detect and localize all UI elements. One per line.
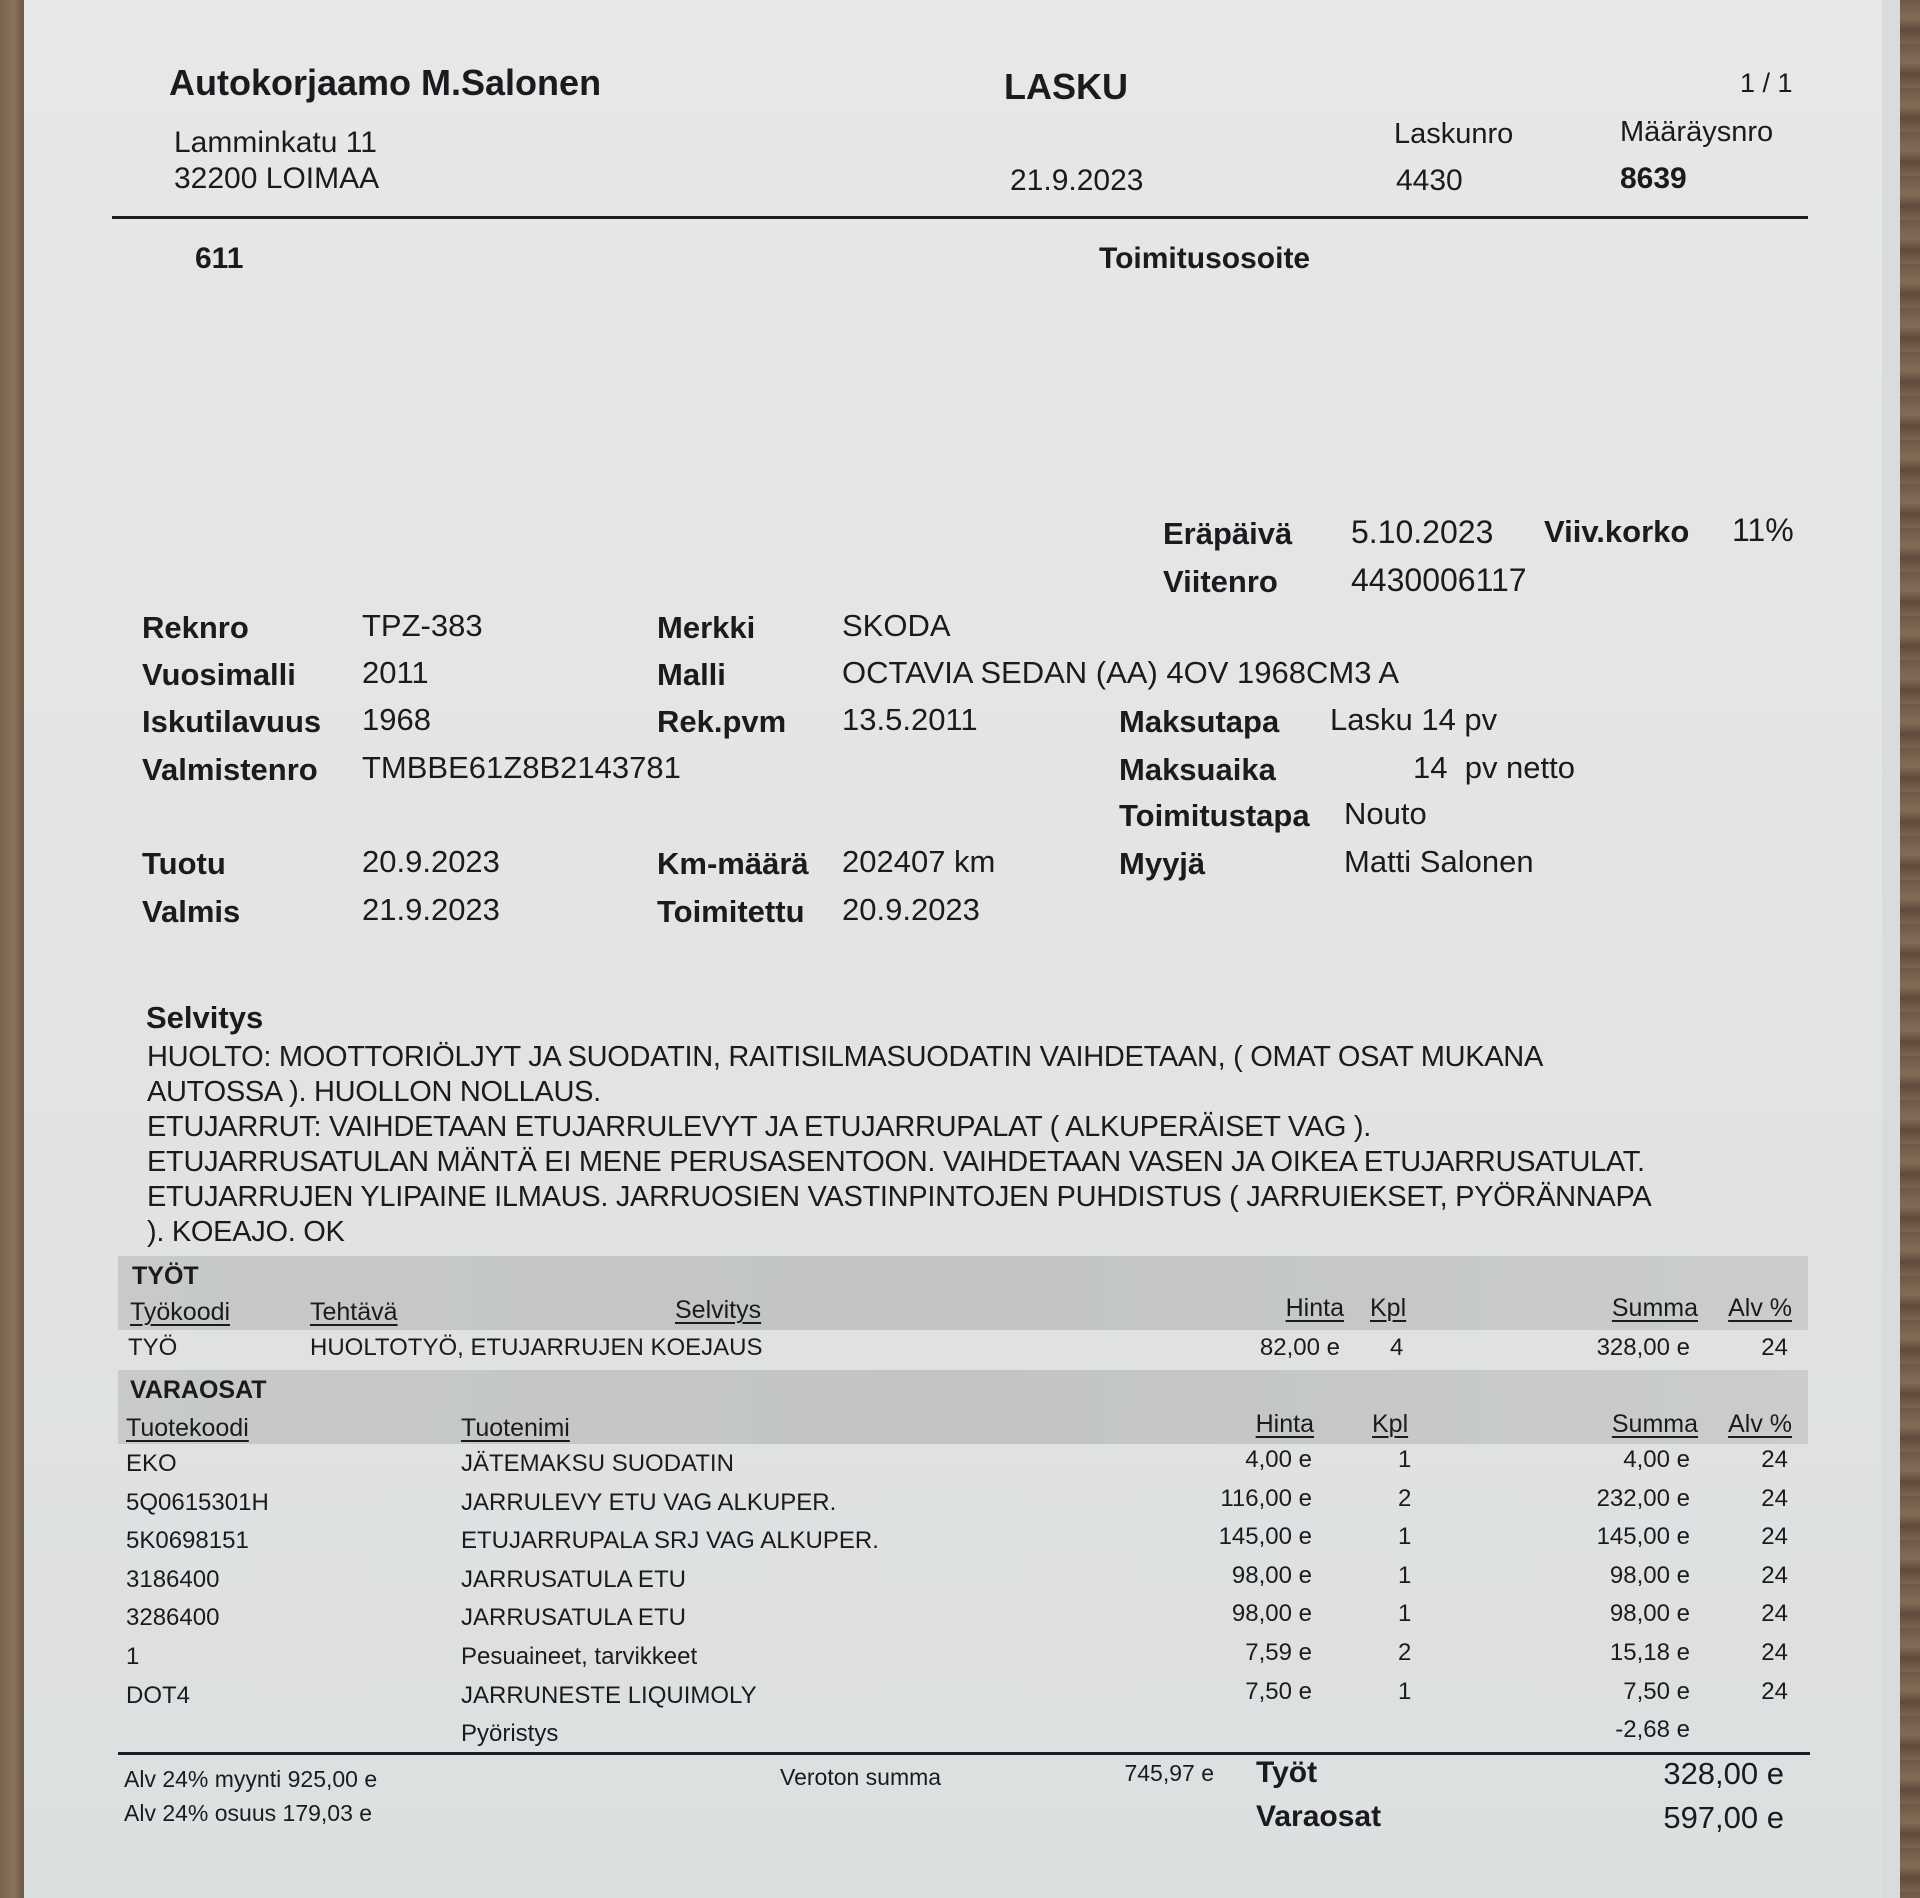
labour-title: TYÖT — [132, 1262, 199, 1291]
part-sum: 145,00 e — [1504, 1523, 1690, 1551]
payment-time: 14 pv netto — [1413, 750, 1575, 786]
ready-label: Valmis — [142, 894, 240, 930]
redacted-customer-name — [174, 278, 504, 318]
part-sum: 98,00 e — [1504, 1562, 1690, 1590]
part-vat: 24 — [1724, 1639, 1788, 1667]
description-line: ETUJARRUT: VAIHDETAAN ETUJARRULEVYT JA E… — [147, 1110, 1827, 1145]
description-line: ETUJARRUSATULAN MÄNTÄ EI MENE PERUSASENT… — [147, 1145, 1827, 1180]
delivered-label: Toimitettu — [657, 894, 805, 930]
part-vat: 24 — [1724, 1678, 1788, 1706]
part-sum: 98,00 e — [1504, 1600, 1690, 1628]
part-code: 5Q0615301H — [126, 1489, 269, 1517]
redacted-delivery-address — [1064, 290, 1434, 385]
labour-total: 328,00 e — [1584, 1756, 1784, 1792]
redacted-customer-phone — [174, 428, 524, 468]
reference-number: 4430006117 — [1351, 562, 1527, 599]
part-name: Pesuaineet, tarvikkeet — [461, 1643, 697, 1671]
order-no: 8639 — [1620, 162, 1687, 196]
part-sum: -2,68 e — [1504, 1716, 1690, 1744]
doc-title: LASKU — [1004, 66, 1128, 108]
customer-number: 611 — [195, 242, 243, 276]
reg-label: Reknro — [142, 610, 249, 646]
description-line: AUTOSSA ). HUOLLON NOLLAUS. — [147, 1075, 1827, 1110]
part-qty: 1 — [1398, 1678, 1411, 1706]
model-label: Malli — [657, 657, 726, 693]
km-label: Km-määrä — [657, 846, 809, 882]
regdate-label: Rek.pvm — [657, 704, 786, 740]
brand-value: SKODA — [842, 608, 951, 644]
labour-task: HUOLTOTYÖ, ETUJARRUJEN KOEJAUS — [310, 1334, 763, 1362]
part-name: JARRUNESTE LIQUIMOLY — [461, 1682, 757, 1710]
col-price: Hinta — [1244, 1294, 1344, 1323]
delivery-method-label: Toimitustapa — [1119, 798, 1310, 834]
part-code: 1 — [126, 1643, 139, 1671]
net-sum-label: Veroton summa — [780, 1764, 941, 1791]
part-vat: 24 — [1724, 1562, 1788, 1590]
displacement-value: 1968 — [362, 702, 431, 738]
brought-label: Tuotu — [142, 846, 226, 882]
col-work-code: Työkoodi — [130, 1298, 230, 1327]
company-name: Autokorjaamo M.Salonen — [169, 62, 601, 104]
part-code: EKO — [126, 1450, 177, 1478]
delivery-method: Nouto — [1344, 796, 1427, 832]
invoice-no: 4430 — [1396, 164, 1463, 198]
part-sum: 232,00 e — [1504, 1485, 1690, 1513]
interest-rate: 11% — [1732, 512, 1794, 549]
totals-divider — [118, 1752, 1810, 1755]
description-line: ). KOEAJO. OK — [147, 1215, 1827, 1250]
col-explanation: Selvitys — [675, 1296, 761, 1325]
part-vat: 24 — [1724, 1485, 1788, 1513]
vat-sales: Alv 24% myynti 925,00 e — [124, 1766, 377, 1793]
delivery-address-label: Toimitusosoite — [1099, 242, 1310, 276]
part-vat: 24 — [1724, 1600, 1788, 1628]
col-parts-qty: Kpl — [1372, 1410, 1408, 1439]
labour-vat: 24 — [1724, 1334, 1788, 1362]
vin-label: Valmistenro — [142, 752, 318, 788]
order-no-label: Määräysnro — [1620, 116, 1773, 149]
part-code: 3186400 — [126, 1566, 219, 1594]
part-qty: 2 — [1398, 1485, 1411, 1513]
part-qty: 1 — [1398, 1562, 1411, 1590]
due-date: 5.10.2023 — [1351, 514, 1493, 551]
part-vat: 24 — [1724, 1523, 1788, 1551]
part-price: 4,00 e — [1154, 1446, 1312, 1474]
redacted-customer-city — [174, 362, 464, 398]
interest-label: Viiv.korko — [1544, 514, 1689, 550]
part-price: 145,00 e — [1154, 1523, 1312, 1551]
part-price: 7,59 e — [1154, 1639, 1312, 1667]
part-price: 98,00 e — [1154, 1562, 1312, 1590]
part-name: JARRULEVY ETU VAG ALKUPER. — [461, 1489, 836, 1517]
displacement-label: Iskutilavuus — [142, 704, 321, 740]
payment-method-label: Maksutapa — [1119, 704, 1279, 740]
col-parts-sum: Summa — [1524, 1410, 1698, 1439]
part-name: ETUJARRUPALA SRJ VAG ALKUPER. — [461, 1527, 879, 1555]
col-vat: Alv % — [1704, 1294, 1792, 1323]
part-code: 5K0698151 — [126, 1527, 249, 1555]
labour-total-label: Työt — [1256, 1756, 1317, 1790]
description-text: HUOLTO: MOOTTORIÖLJYT JA SUODATIN, RAITI… — [147, 1040, 1827, 1250]
part-price: 7,50 e — [1154, 1678, 1312, 1706]
labour-code: TYÖ — [128, 1334, 177, 1362]
part-code: 3286400 — [126, 1604, 219, 1632]
parts-total: 597,00 e — [1584, 1800, 1784, 1836]
page-number: 1 / 1 — [1740, 68, 1793, 99]
reference-label: Viitenro — [1163, 564, 1278, 600]
col-sum: Summa — [1524, 1294, 1698, 1323]
brand-label: Merkki — [657, 610, 755, 646]
part-name: Pyöristys — [461, 1720, 558, 1748]
year-value: 2011 — [362, 655, 429, 691]
seller-label: Myyjä — [1119, 846, 1205, 882]
net-sum: 745,97 e — [1074, 1760, 1214, 1787]
col-parts-vat: Alv % — [1704, 1410, 1792, 1439]
part-vat: 24 — [1724, 1446, 1788, 1474]
regdate-value: 13.5.2011 — [842, 702, 978, 738]
brought-value: 20.9.2023 — [362, 844, 500, 880]
delivered-value: 20.9.2023 — [842, 892, 980, 928]
part-name: JÄTEMAKSU SUODATIN — [461, 1450, 734, 1478]
company-street: Lamminkatu 11 — [174, 126, 377, 160]
invoice-date: 21.9.2023 — [1010, 164, 1143, 198]
description-label: Selvitys — [146, 1000, 263, 1036]
payment-method: Lasku 14 pv — [1330, 702, 1497, 738]
col-parts-price: Hinta — [1214, 1410, 1314, 1439]
model-value: OCTAVIA SEDAN (AA) 4OV 1968CM3 A — [842, 655, 1399, 691]
part-name: JARRUSATULA ETU — [461, 1566, 686, 1594]
header-divider — [112, 216, 1808, 219]
invoice-sheet: Autokorjaamo M.Salonen Lamminkatu 11 322… — [24, 0, 1882, 1898]
invoice-no-label: Laskunro — [1394, 118, 1513, 151]
part-qty: 1 — [1398, 1523, 1411, 1551]
vat-share: Alv 24% osuus 179,03 e — [124, 1800, 372, 1827]
part-price: 98,00 e — [1154, 1600, 1312, 1628]
parts-title: VARAOSAT — [130, 1376, 267, 1405]
part-sum: 15,18 e — [1504, 1639, 1690, 1667]
ready-value: 21.9.2023 — [362, 892, 500, 928]
labour-qty: 4 — [1390, 1334, 1403, 1362]
labour-price: 82,00 e — [1184, 1334, 1340, 1362]
redacted-customer-street — [174, 324, 514, 364]
due-date-label: Eräpäivä — [1163, 516, 1292, 552]
description-line: ETUJARRUJEN YLIPAINE ILMAUS. JARRUOSIEN … — [147, 1180, 1827, 1215]
part-name: JARRUSATULA ETU — [461, 1604, 686, 1632]
parts-total-label: Varaosat — [1256, 1800, 1381, 1834]
col-product-code: Tuotekoodi — [126, 1414, 249, 1443]
year-label: Vuosimalli — [142, 657, 296, 693]
company-city: 32200 LOIMAA — [174, 162, 379, 196]
payment-time-label: Maksuaika — [1119, 752, 1276, 788]
part-qty: 1 — [1398, 1446, 1411, 1474]
col-qty: Kpl — [1370, 1294, 1406, 1323]
labour-sum: 328,00 e — [1504, 1334, 1690, 1362]
col-task: Tehtävä — [310, 1298, 398, 1327]
part-qty: 2 — [1398, 1639, 1411, 1667]
part-price: 116,00 e — [1154, 1485, 1312, 1513]
part-qty: 1 — [1398, 1600, 1411, 1628]
part-sum: 7,50 e — [1504, 1678, 1690, 1706]
km-value: 202407 km — [842, 844, 995, 880]
col-product-name: Tuotenimi — [461, 1414, 570, 1443]
reg-value: TPZ-383 — [362, 608, 483, 644]
seller-name: Matti Salonen — [1344, 844, 1534, 880]
vin-value: TMBBE61Z8B2143781 — [362, 750, 681, 786]
part-code: DOT4 — [126, 1682, 190, 1710]
part-sum: 4,00 e — [1504, 1446, 1690, 1474]
description-line: HUOLTO: MOOTTORIÖLJYT JA SUODATIN, RAITI… — [147, 1040, 1827, 1075]
